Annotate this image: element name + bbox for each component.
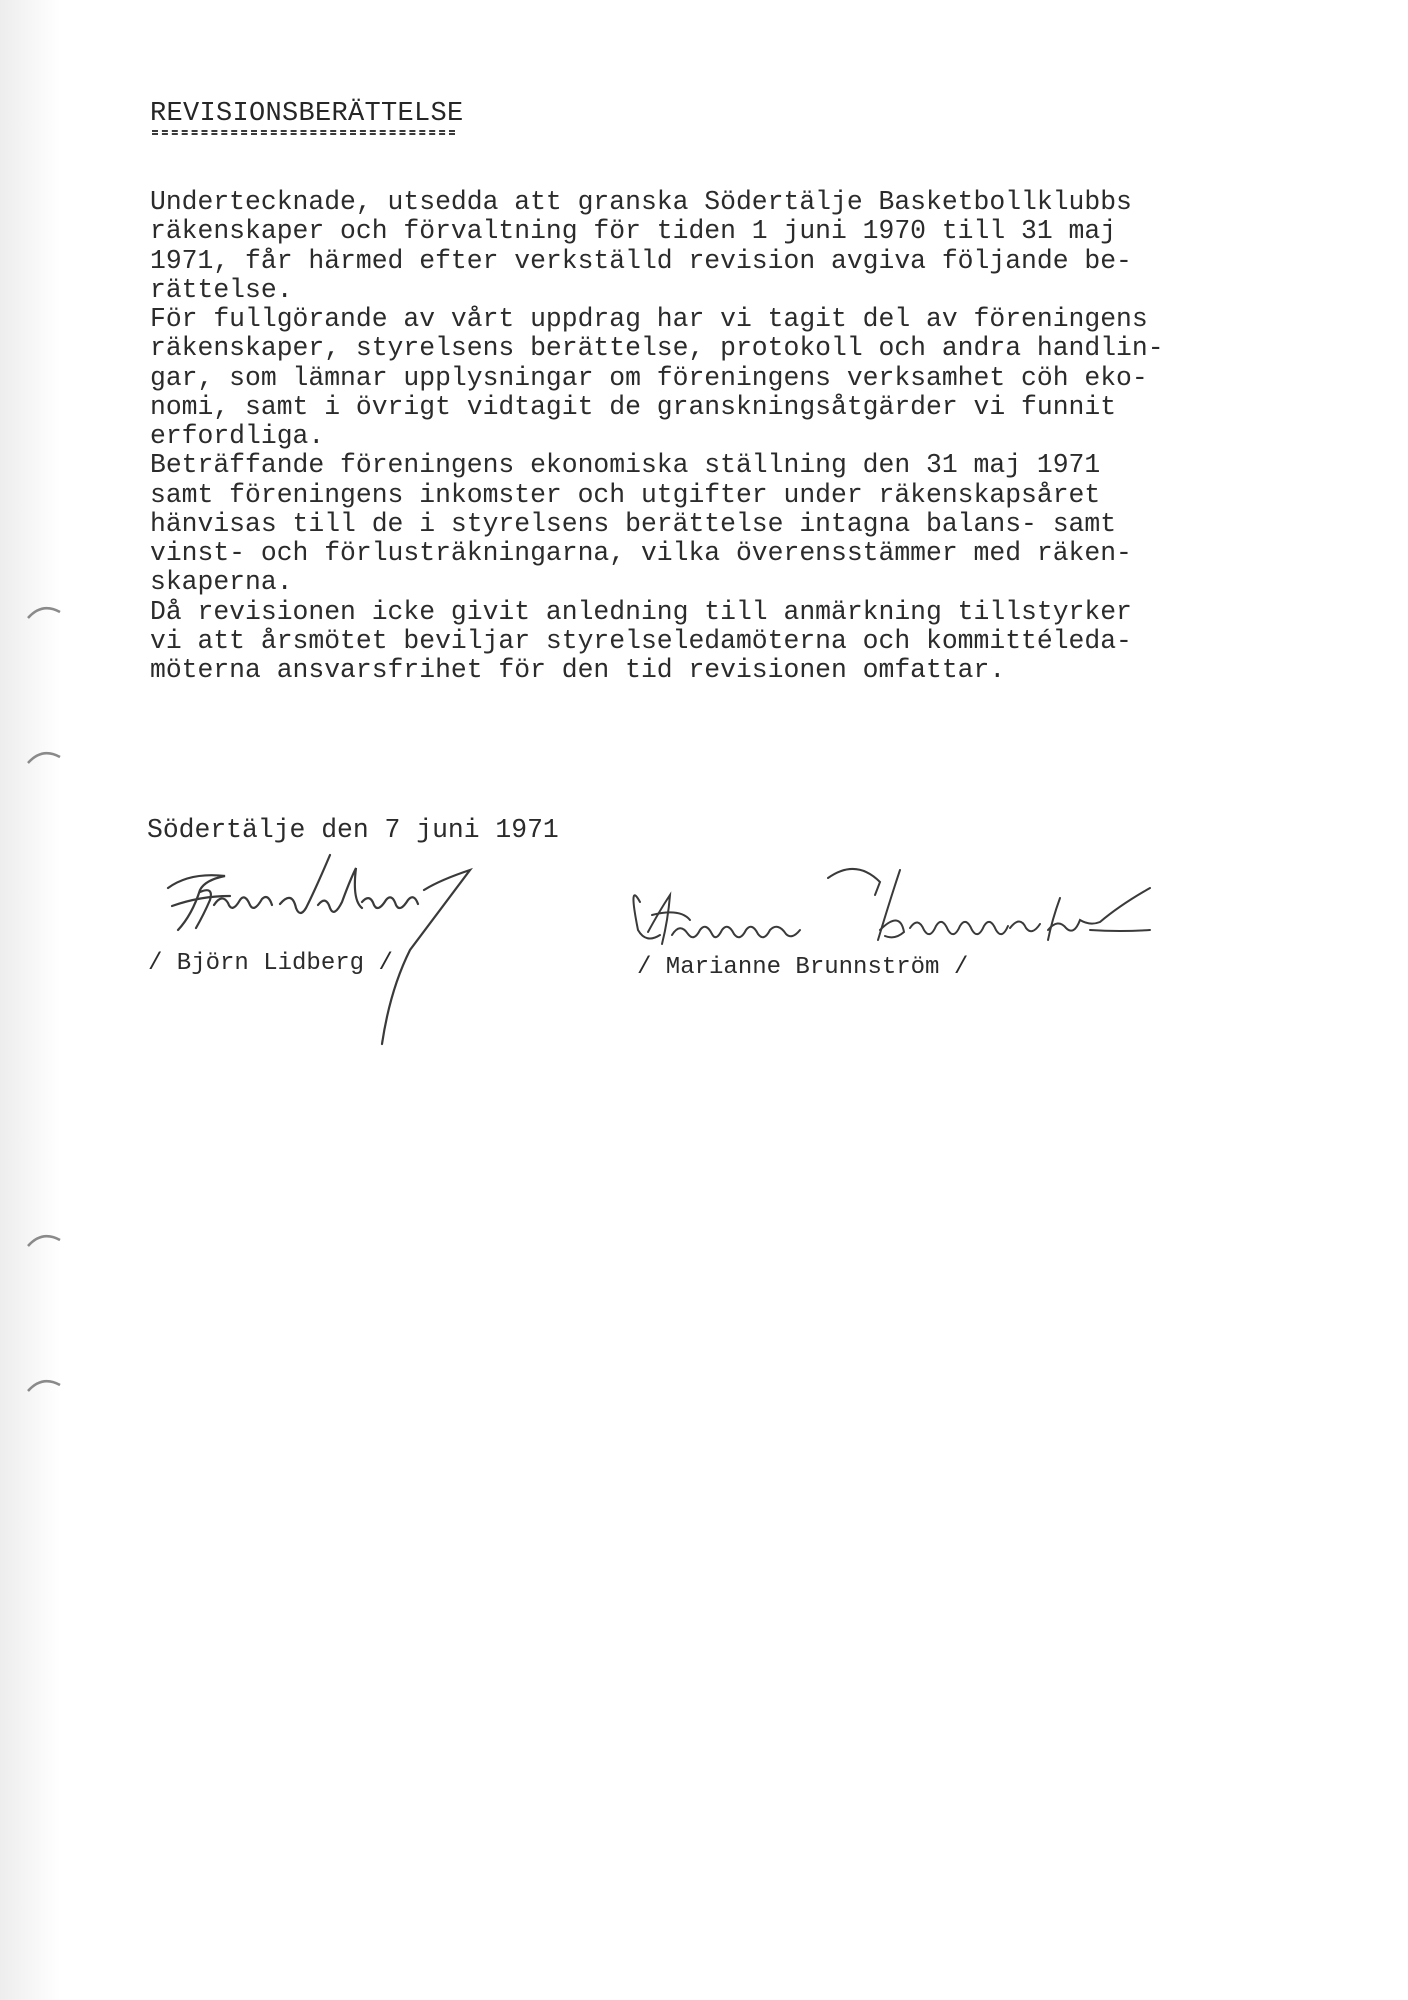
punch-hole-mark <box>24 1228 64 1268</box>
signature-bjorn-lidberg <box>0 0 1408 1100</box>
signatory-name-1: / Björn Lidberg / <box>148 950 393 978</box>
punch-hole-mark <box>24 1373 64 1413</box>
signatory-name-2: / Marianne Brunnström / <box>637 954 968 982</box>
